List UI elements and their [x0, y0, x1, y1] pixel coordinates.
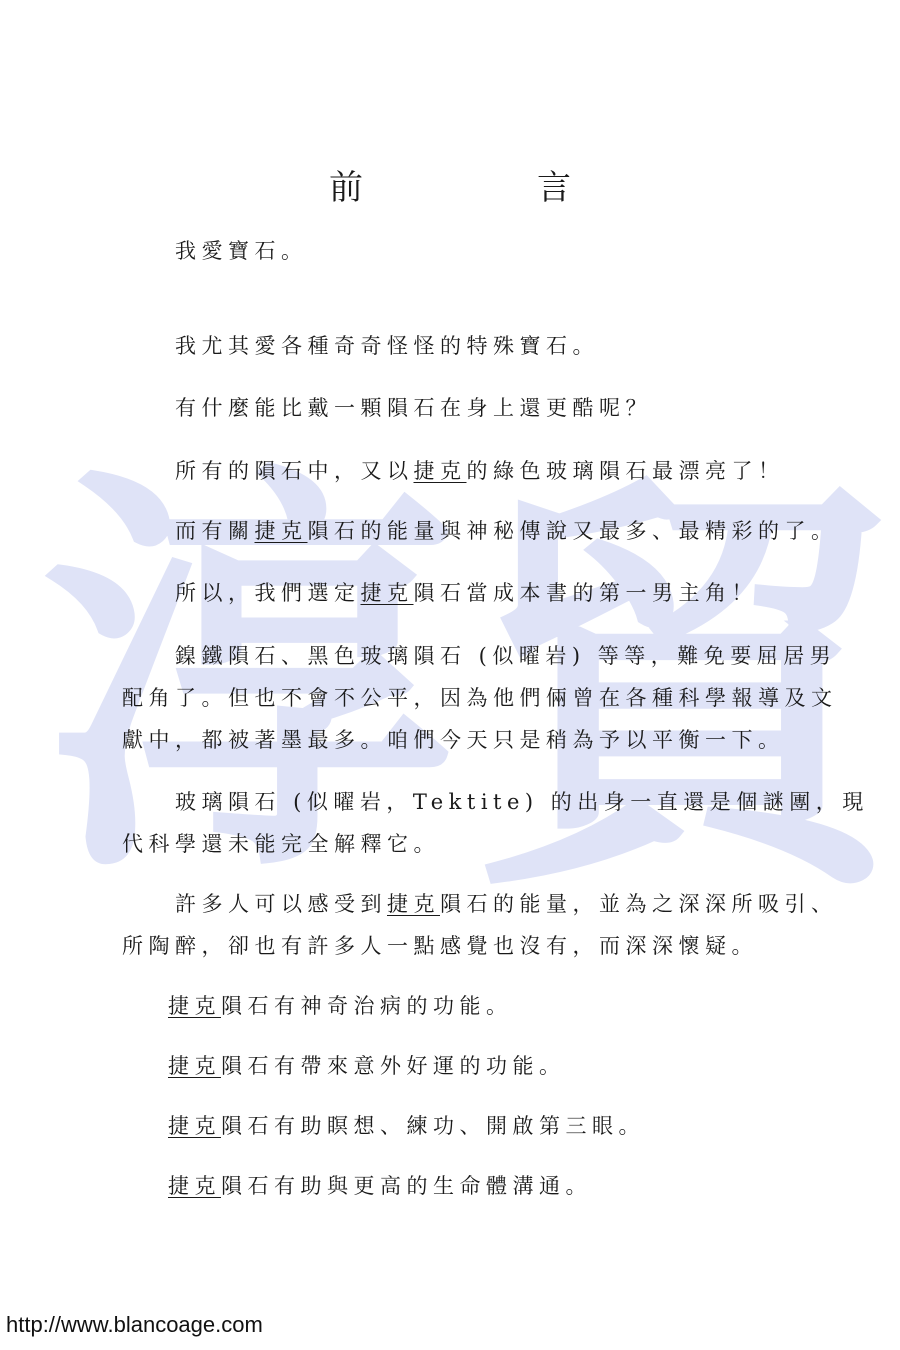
paragraph-line: 代科學還未能完全解釋它。 — [122, 828, 440, 858]
underlined-term: 捷克 — [255, 519, 308, 543]
underlined-term: 捷克 — [414, 459, 467, 483]
paragraph-line: 有什麼能比戴一顆隕石在身上還更酷呢？ — [175, 392, 652, 422]
paragraph-line: 我尤其愛各種奇奇怪怪的特殊寶石。 — [175, 330, 599, 360]
footer-url: http://www.blancoage.com — [6, 1312, 263, 1338]
underlined-term: 捷克 — [168, 1114, 221, 1138]
paragraph-line: 捷克隕石有助與更高的生命體溝通。 — [168, 1170, 592, 1200]
paragraph-line: 捷克隕石有神奇治病的功能。 — [168, 990, 513, 1020]
paragraph-line: 所陶醉，卻也有許多人一點感覺也沒有，而深深懷疑。 — [122, 930, 758, 960]
underlined-term: 捷克 — [387, 892, 440, 916]
underlined-term: 捷克 — [361, 581, 414, 605]
underlined-term: 捷克 — [168, 1054, 221, 1078]
paragraph-line: 所以，我們選定捷克隕石當成本書的第一男主角！ — [175, 577, 758, 607]
underlined-term: 捷克 — [168, 1174, 221, 1198]
paragraph-line: 而有關捷克隕石的能量與神秘傳說又最多、最精彩的了。 — [175, 515, 838, 545]
paragraph-line: 配角了。但也不會不公平，因為他們倆曾在各種科學報導及文 — [122, 682, 838, 712]
paragraph-line: 捷克隕石有帶來意外好運的功能。 — [168, 1050, 566, 1080]
paragraph-line: 玻璃隕石 (似曜岩，Tektite) 的出身一直還是個謎團，現 — [175, 786, 869, 816]
page-title: 前 言 — [0, 160, 900, 209]
paragraph-line: 所有的隕石中，又以捷克的綠色玻璃隕石最漂亮了！ — [175, 455, 785, 485]
paragraph-line: 鎳鐵隕石、黑色玻璃隕石 (似曜岩) 等等，難免要屈居男 — [175, 640, 836, 670]
paragraph-line: 捷克隕石有助瞑想、練功、開啟第三眼。 — [168, 1110, 645, 1140]
underlined-term: 捷克 — [168, 994, 221, 1018]
paragraph-line: 獻中，都被著墨最多。咱們今天只是稍為予以平衡一下。 — [122, 724, 785, 754]
paragraph-line: 許多人可以感受到捷克隕石的能量，並為之深深所吸引、 — [175, 888, 838, 918]
document-page: 前 言 我愛寶石。 我尤其愛各種奇奇怪怪的特殊寶石。 有什麼能比戴一顆隕石在身上… — [0, 0, 900, 1350]
paragraph-line: 我愛寶石。 — [175, 235, 308, 265]
